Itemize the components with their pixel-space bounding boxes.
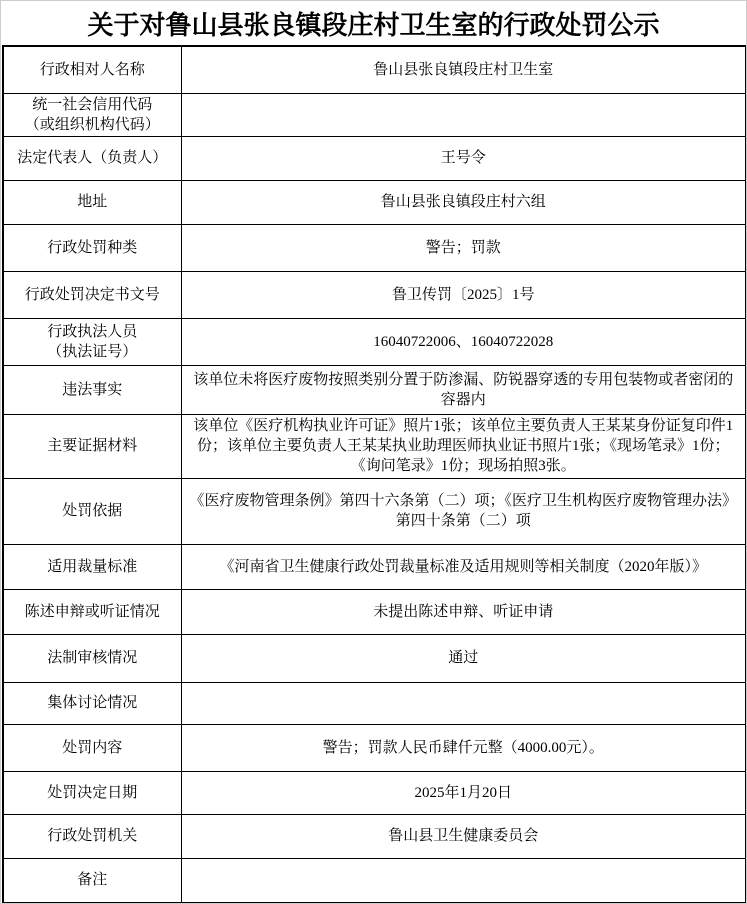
row-credit-code: 统一社会信用代码 （或组织机构代码）	[3, 93, 746, 136]
row-legal-review: 法制审核情况 通过	[3, 634, 746, 682]
row-decision-date: 处罚决定日期 2025年1月20日	[3, 771, 746, 814]
row-label: 处罚内容	[3, 724, 181, 771]
row-value: 该单位《医疗机构执业许可证》照片1张；该单位主要负责人王某某身份证复印件1份；该…	[181, 414, 746, 478]
row-decision-number: 行政处罚决定书文号 鲁卫传罚〔2025〕1号	[3, 271, 746, 318]
row-value: 《医疗废物管理条例》第四十六条第（二）项；《医疗卫生机构医疗废物管理办法》第四十…	[181, 478, 746, 544]
row-discretion-standard: 适用裁量标准 《河南省卫生健康行政处罚裁量标准及适用规则等相关制度（2020年版…	[3, 544, 746, 589]
penalty-notice-table: 行政相对人名称 鲁山县张良镇段庄村卫生室 统一社会信用代码 （或组织机构代码） …	[2, 45, 747, 904]
page-title: 关于对鲁山县张良镇段庄村卫生室的行政处罚公示	[1, 1, 746, 45]
row-label: 法制审核情况	[3, 634, 181, 682]
row-evidence-materials: 主要证据材料 该单位《医疗机构执业许可证》照片1张；该单位主要负责人王某某身份证…	[3, 414, 746, 478]
row-value: 警告；罚款人民币肆仟元整（4000.00元）。	[181, 724, 746, 771]
row-label: 主要证据材料	[3, 414, 181, 478]
row-value: 鲁山县卫生健康委员会	[181, 814, 746, 858]
row-label: 处罚决定日期	[3, 771, 181, 814]
row-penalty-basis: 处罚依据 《医疗废物管理条例》第四十六条第（二）项；《医疗卫生机构医疗废物管理办…	[3, 478, 746, 544]
row-statement-hearing: 陈述申辩或听证情况 未提出陈述申辩、听证申请	[3, 589, 746, 634]
row-label: 备注	[3, 858, 181, 903]
row-label: 法定代表人（负责人）	[3, 136, 181, 180]
row-illegal-facts: 违法事实 该单位未将医疗废物按照类别分置于防渗漏、防锐器穿透的专用包装物或者密闭…	[3, 365, 746, 414]
row-label: 行政处罚决定书文号	[3, 271, 181, 318]
row-label: 违法事实	[3, 365, 181, 414]
row-value	[181, 682, 746, 724]
row-value: 鲁山县张良镇段庄村六组	[181, 180, 746, 224]
row-remarks: 备注	[3, 858, 746, 903]
row-value: 警告；罚款	[181, 224, 746, 271]
row-value	[181, 93, 746, 136]
row-label: 集体讨论情况	[3, 682, 181, 724]
row-label: 陈述申辩或听证情况	[3, 589, 181, 634]
row-label: 适用裁量标准	[3, 544, 181, 589]
row-value: 2025年1月20日	[181, 771, 746, 814]
row-label: 行政执法人员 （执法证号）	[3, 318, 181, 365]
row-enforcement-officers: 行政执法人员 （执法证号） 16040722006、16040722028	[3, 318, 746, 365]
row-collective-discussion: 集体讨论情况	[3, 682, 746, 724]
row-value: 鲁卫传罚〔2025〕1号	[181, 271, 746, 318]
row-address: 地址 鲁山县张良镇段庄村六组	[3, 180, 746, 224]
row-penalty-type: 行政处罚种类 警告；罚款	[3, 224, 746, 271]
row-value: 该单位未将医疗废物按照类别分置于防渗漏、防锐器穿透的专用包装物或者密闭的容器内	[181, 365, 746, 414]
row-value: 未提出陈述申辩、听证申请	[181, 589, 746, 634]
row-value: 通过	[181, 634, 746, 682]
row-label: 地址	[3, 180, 181, 224]
row-value	[181, 858, 746, 903]
row-penalty-authority: 行政处罚机关 鲁山县卫生健康委员会	[3, 814, 746, 858]
row-legal-representative: 法定代表人（负责人） 王号令	[3, 136, 746, 180]
row-party-name: 行政相对人名称 鲁山县张良镇段庄村卫生室	[3, 46, 746, 93]
row-label: 行政处罚种类	[3, 224, 181, 271]
row-value: 王号令	[181, 136, 746, 180]
row-label: 行政相对人名称	[3, 46, 181, 93]
row-penalty-content: 处罚内容 警告；罚款人民币肆仟元整（4000.00元）。	[3, 724, 746, 771]
row-label: 处罚依据	[3, 478, 181, 544]
penalty-notice-page: 关于对鲁山县张良镇段庄村卫生室的行政处罚公示 行政相对人名称 鲁山县张良镇段庄村…	[0, 0, 747, 904]
row-value: 《河南省卫生健康行政处罚裁量标准及适用规则等相关制度（2020年版）》	[181, 544, 746, 589]
row-label: 行政处罚机关	[3, 814, 181, 858]
row-label: 统一社会信用代码 （或组织机构代码）	[3, 93, 181, 136]
row-value: 16040722006、16040722028	[181, 318, 746, 365]
row-value: 鲁山县张良镇段庄村卫生室	[181, 46, 746, 93]
